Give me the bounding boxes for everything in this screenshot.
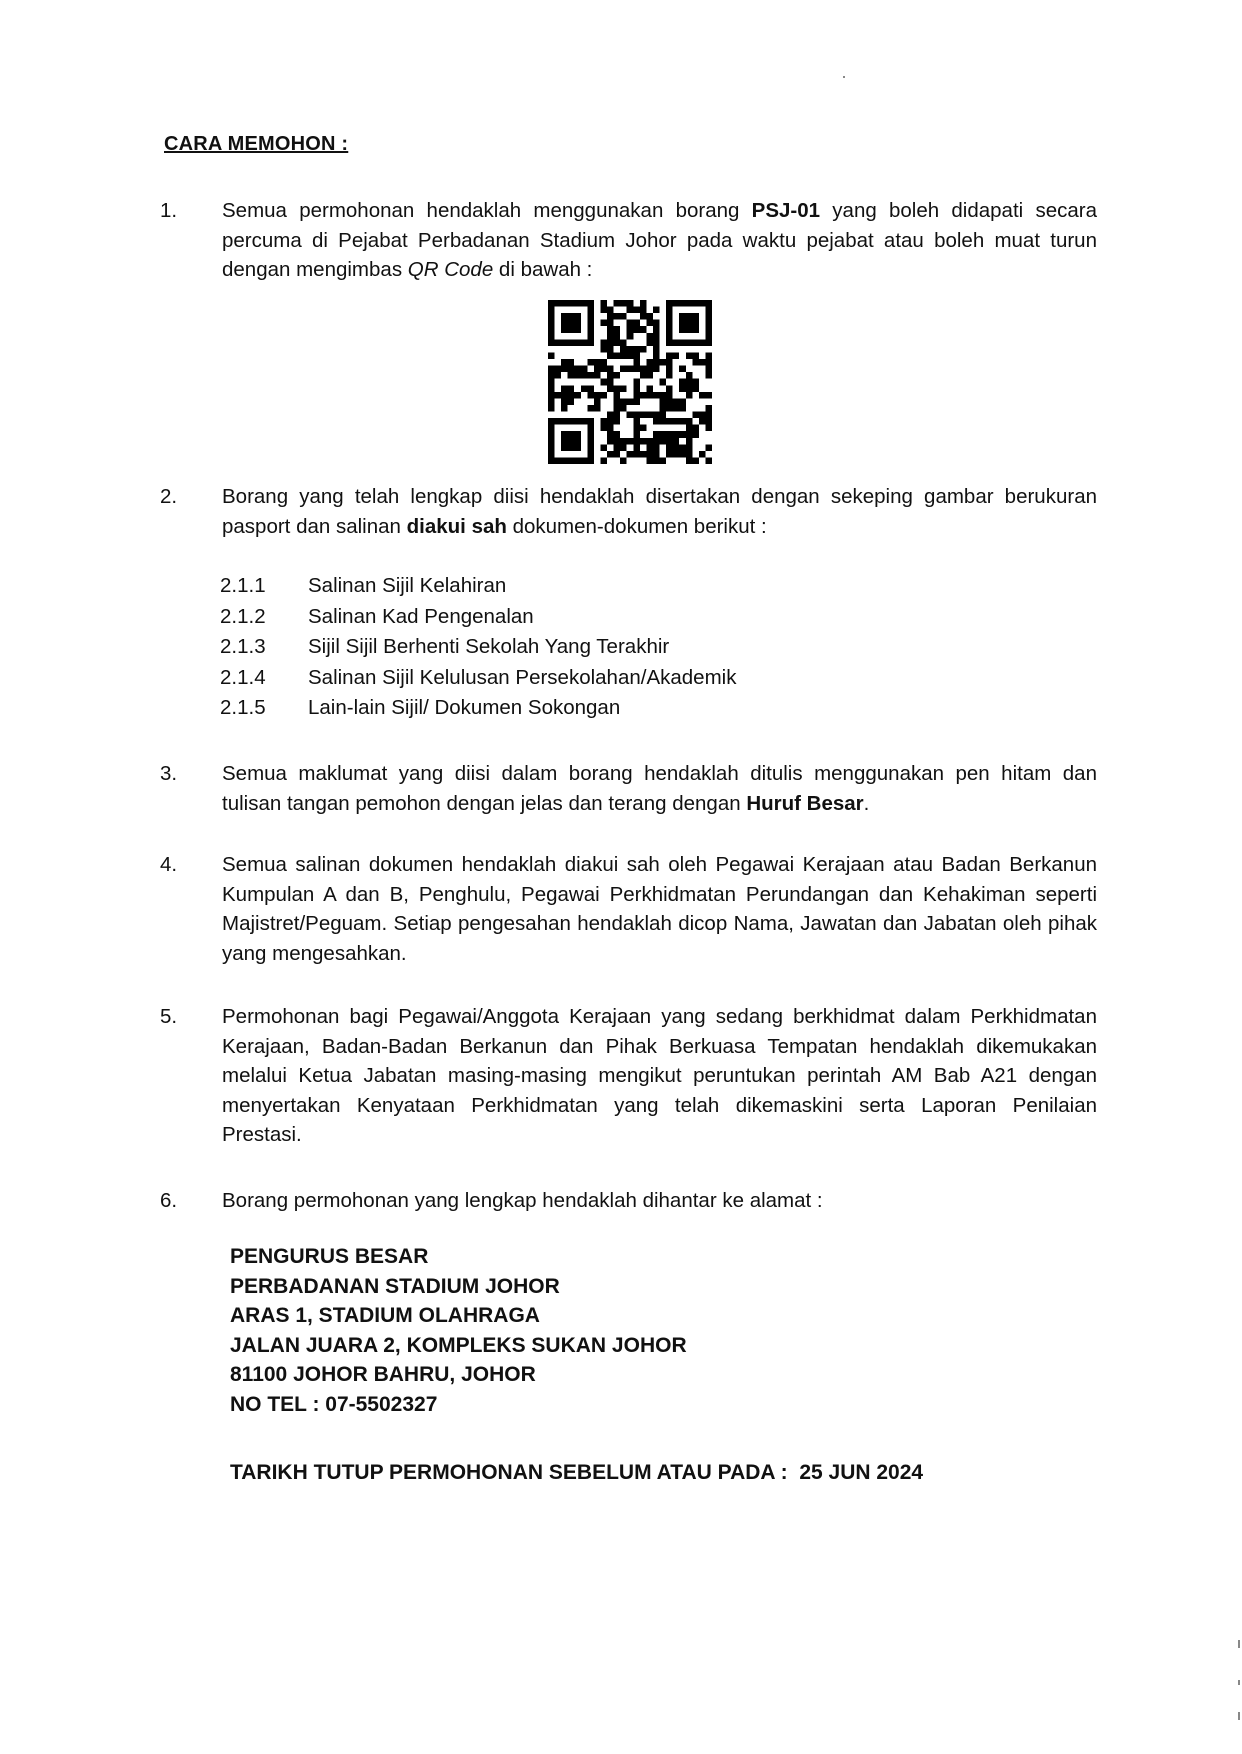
item-text: Permohonan bagi Pegawai/Anggota Kerajaan… [222, 1002, 1097, 1150]
address-line: PERBADANAN STADIUM JOHOR [230, 1272, 687, 1302]
instruction-item-5: 5. Permohonan bagi Pegawai/Anggota Keraj… [160, 1002, 1097, 1150]
item-number: 2. [160, 482, 177, 512]
instruction-item-2: 2. Borang yang telah lengkap diisi henda… [160, 482, 1097, 541]
list-item: 2.1.1Salinan Sijil Kelahiran [220, 571, 736, 602]
list-item: 2.1.3Sijil Sijil Berhenti Sekolah Yang T… [220, 632, 736, 663]
document-list: 2.1.1Salinan Sijil Kelahiran 2.1.2Salina… [220, 571, 736, 724]
address-line: 81100 JOHOR BAHRU, JOHOR [230, 1360, 687, 1390]
list-item: 2.1.5Lain-lain Sijil/ Dokumen Sokongan [220, 693, 736, 724]
item-text: Semua permohonan hendaklah menggunakan b… [222, 196, 1097, 285]
instruction-item-6: 6. Borang permohonan yang lengkap hendak… [160, 1186, 1097, 1216]
section-title: CARA MEMOHON : [164, 133, 348, 156]
item-number: 6. [160, 1186, 177, 1216]
mailing-address: PENGURUS BESAR PERBADANAN STADIUM JOHOR … [230, 1242, 687, 1419]
list-item: 2.1.2Salinan Kad Pengenalan [220, 602, 736, 633]
instruction-item-3: 3. Semua maklumat yang diisi dalam boran… [160, 759, 1097, 818]
item-number: 5. [160, 1002, 177, 1032]
item-number: 1. [160, 196, 177, 226]
item-number: 4. [160, 850, 177, 880]
instruction-item-4: 4. Semua salinan dokumen hendaklah diaku… [160, 850, 1097, 968]
instruction-item-1: 1. Semua permohonan hendaklah menggunaka… [160, 196, 1097, 285]
phone-number: NO TEL : 07-5502327 [230, 1390, 687, 1420]
item-text: Borang permohonan yang lengkap hendaklah… [222, 1186, 1097, 1216]
list-item: 2.1.4Salinan Sijil Kelulusan Persekolaha… [220, 663, 736, 694]
closing-date: TARIKH TUTUP PERMOHONAN SEBELUM ATAU PAD… [230, 1461, 923, 1485]
deadline-date: 25 JUN 2024 [799, 1461, 923, 1484]
item-text: Borang yang telah lengkap diisi hendakla… [222, 482, 1097, 541]
item-text: Semua maklumat yang diisi dalam borang h… [222, 759, 1097, 818]
address-line: PENGURUS BESAR [230, 1242, 687, 1272]
qr-code-icon[interactable] [548, 298, 712, 466]
item-number: 3. [160, 759, 177, 789]
address-line: JALAN JUARA 2, KOMPLEKS SUKAN JOHOR [230, 1331, 687, 1361]
address-line: ARAS 1, STADIUM OLAHRAGA [230, 1301, 687, 1331]
item-text: Semua salinan dokumen hendaklah diakui s… [222, 850, 1097, 968]
